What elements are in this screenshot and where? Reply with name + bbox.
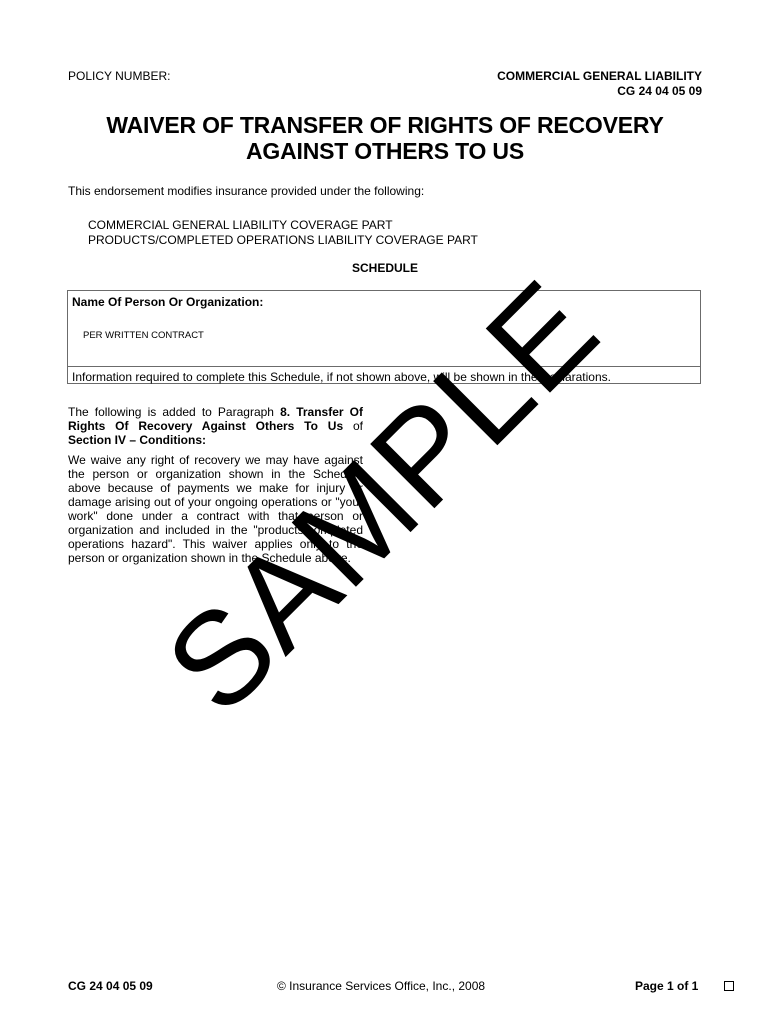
form-number: CG 24 04 05 09 bbox=[497, 84, 702, 99]
checkbox-square-icon bbox=[724, 981, 734, 991]
footer-form-number: CG 24 04 05 09 bbox=[68, 979, 153, 993]
footer-page-number: Page 1 of 1 bbox=[635, 979, 698, 993]
footer-copyright: © Insurance Services Office, Inc., 2008 bbox=[277, 979, 485, 993]
title-line-2: AGAINST OTHERS TO US bbox=[0, 138, 770, 164]
coverage-part: COMMERCIAL GENERAL LIABILITY COVERAGE PA… bbox=[88, 218, 478, 233]
intro-text: This endorsement modifies insurance prov… bbox=[68, 184, 424, 198]
title-line-1: WAIVER OF TRANSFER OF RIGHTS OF RECOVERY bbox=[0, 112, 770, 138]
document-title: WAIVER OF TRANSFER OF RIGHTS OF RECOVERY… bbox=[0, 112, 770, 164]
body-paragraph-1: The following is added to Paragraph 8. T… bbox=[68, 405, 363, 447]
coverage-part: PRODUCTS/COMPLETED OPERATIONS LIABILITY … bbox=[88, 233, 478, 248]
document-page: POLICY NUMBER: COMMERCIAL GENERAL LIABIL… bbox=[0, 0, 770, 1024]
schedule-value: PER WRITTEN CONTRACT bbox=[83, 330, 204, 341]
policy-number-label: POLICY NUMBER: bbox=[68, 69, 170, 83]
form-header: COMMERCIAL GENERAL LIABILITY CG 24 04 05… bbox=[497, 69, 702, 99]
schedule-label: Name Of Person Or Organization: bbox=[72, 295, 263, 309]
schedule-heading: SCHEDULE bbox=[0, 261, 770, 275]
coverage-parts-list: COMMERCIAL GENERAL LIABILITY COVERAGE PA… bbox=[88, 218, 478, 248]
form-line: COMMERCIAL GENERAL LIABILITY bbox=[497, 69, 702, 84]
